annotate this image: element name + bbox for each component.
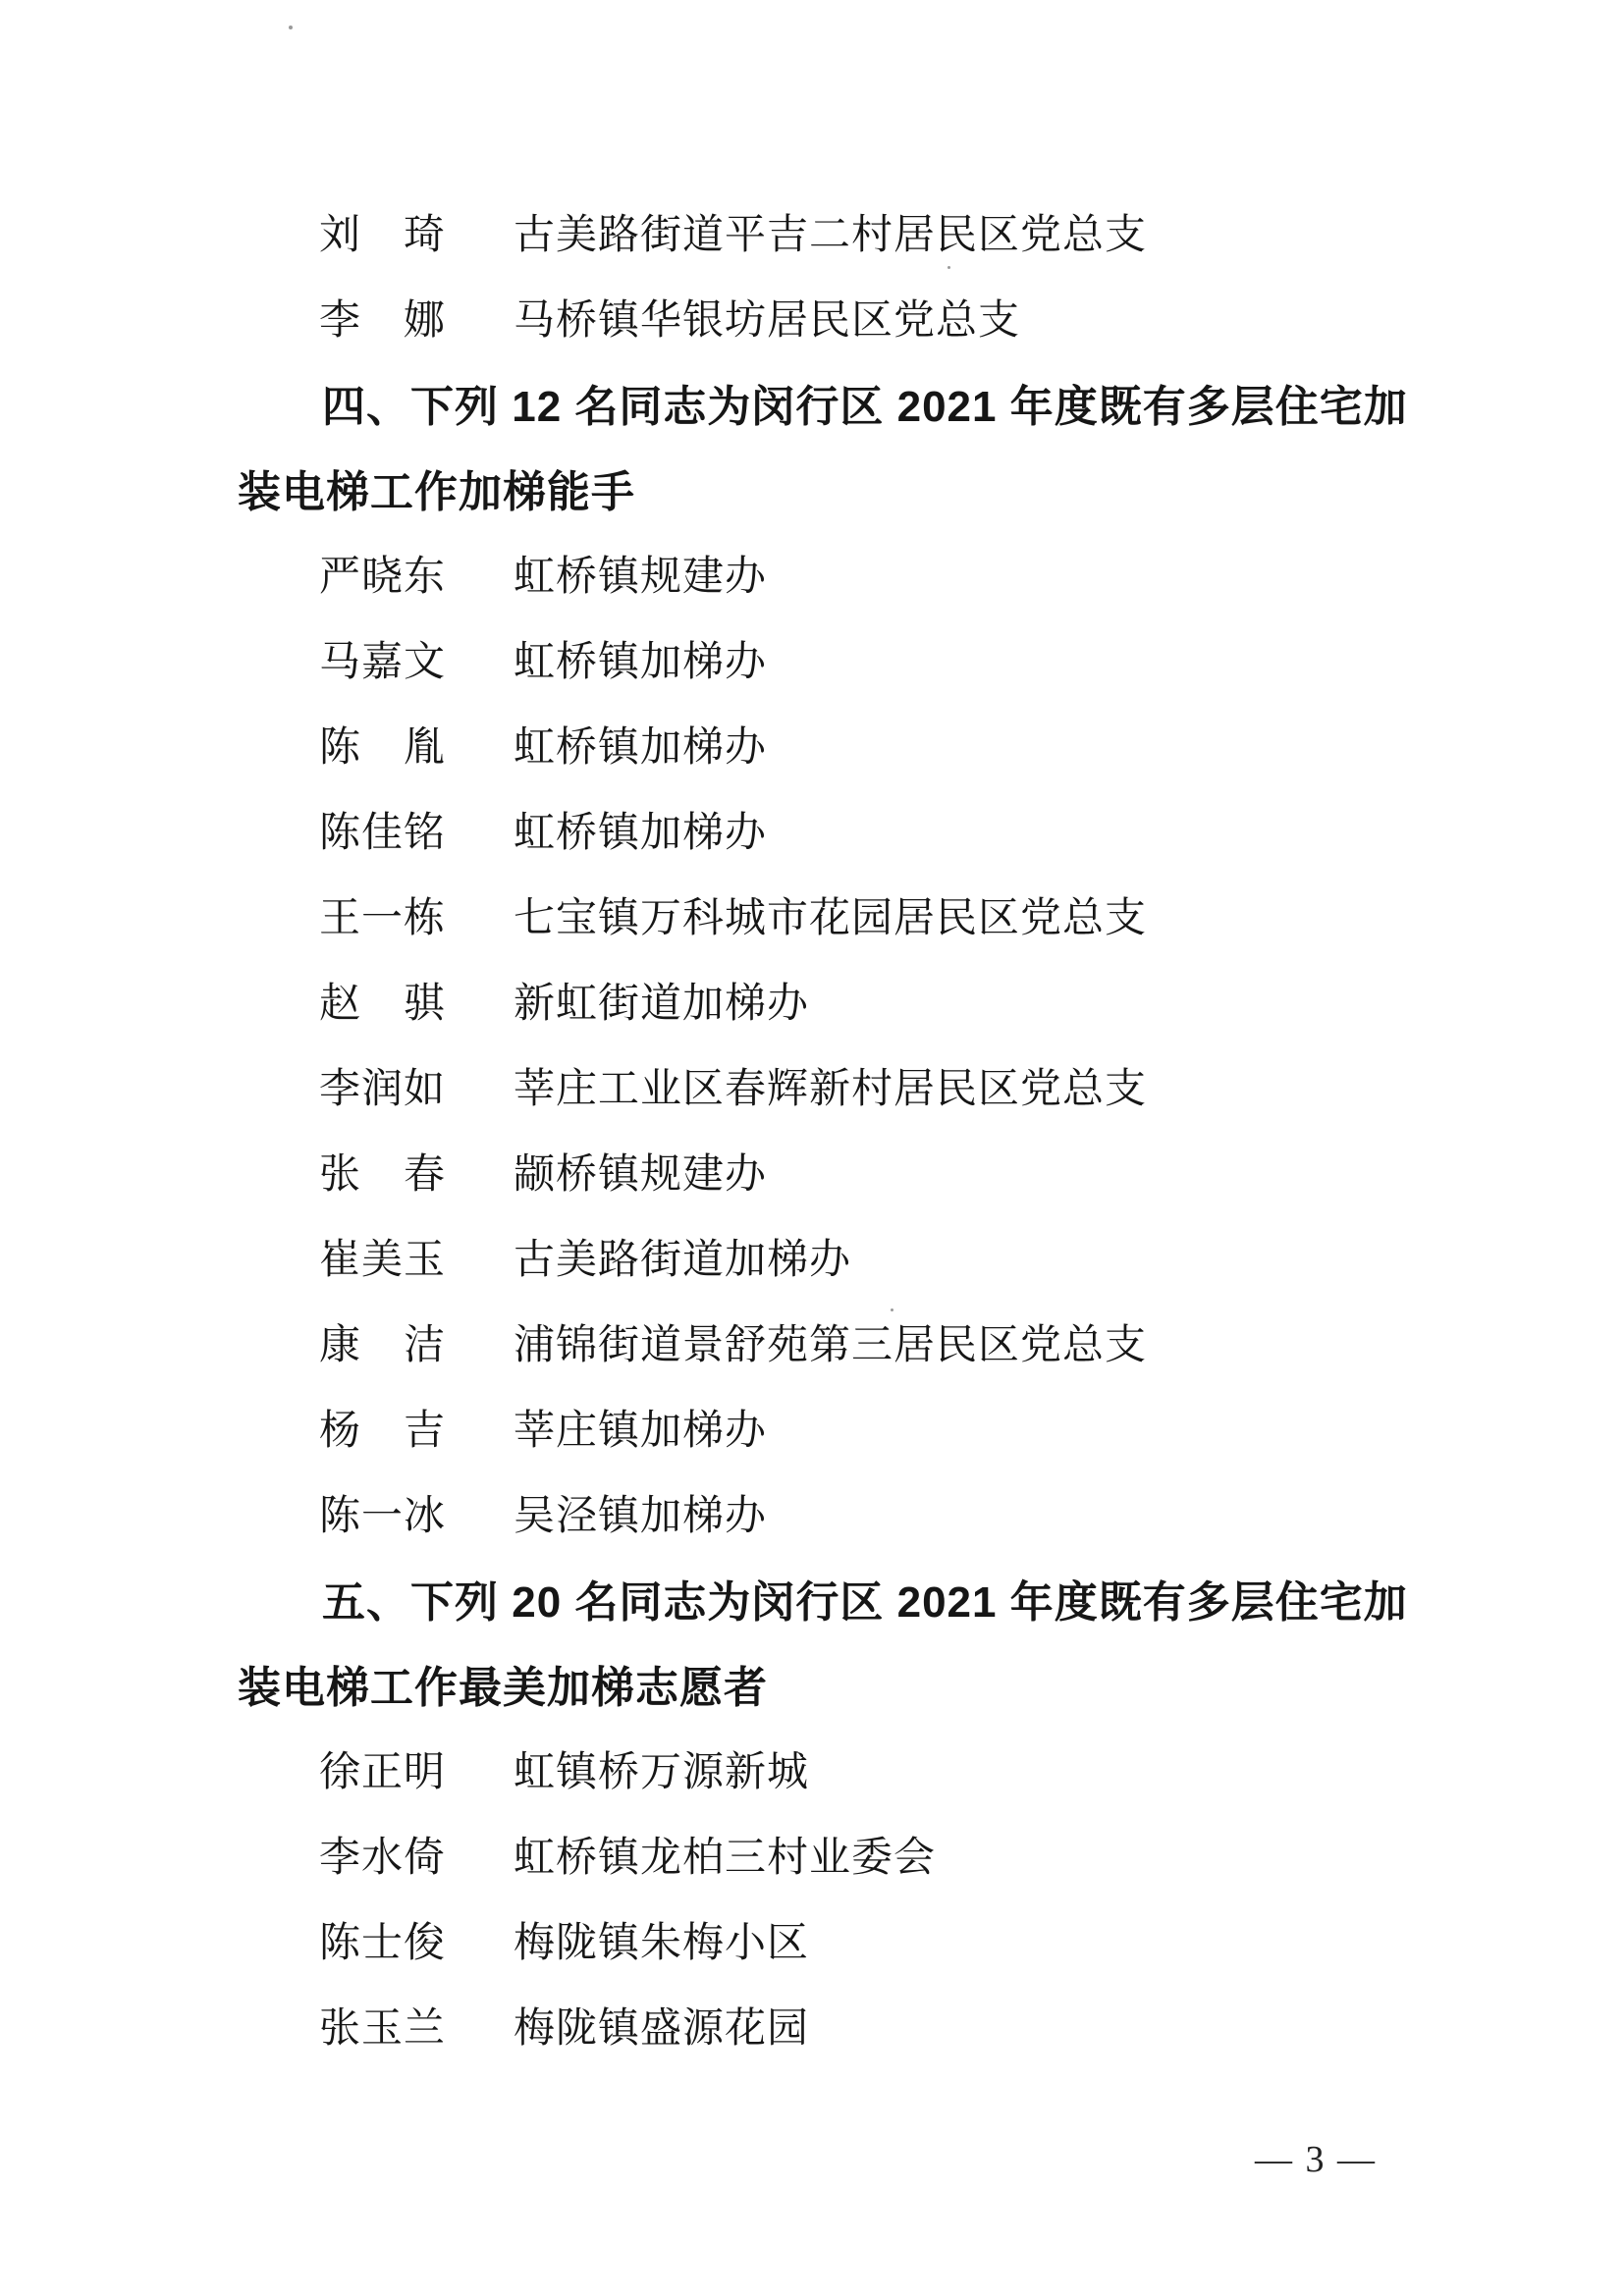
entry-row: 陈一冰 吴泾镇加梯办 xyxy=(238,1474,1386,1560)
section-5-heading-line1: 五、下列 20 名同志为闵行区 2021 年度既有多层住宅加 xyxy=(238,1560,1386,1645)
section-4-heading-line2: 装电梯工作加梯能手 xyxy=(238,450,1386,535)
entry-org: 颛桥镇规建办 xyxy=(514,1133,1386,1218)
entry-name: 陈佳铭 xyxy=(319,791,514,877)
entry-row: 徐正明 虹镇桥万源新城 xyxy=(238,1731,1386,1816)
entry-org: 虹桥镇龙柏三村业委会 xyxy=(514,1816,1386,1901)
entry-row: 陈佳铭 虹桥镇加梯办 xyxy=(238,791,1386,877)
document-page: 刘 琦 古美路街道平吉二村居民区党总支 李 娜 马桥镇华银坊居民区党总支 四、下… xyxy=(0,0,1624,2296)
entry-row: 陈 胤 虹桥镇加梯办 xyxy=(238,706,1386,791)
entry-row: 刘 琦 古美路街道平吉二村居民区党总支 xyxy=(238,193,1386,279)
entry-name: 康 洁 xyxy=(319,1304,514,1389)
entry-name: 张 春 xyxy=(319,1133,514,1218)
entry-row: 康 洁 浦锦街道景舒苑第三居民区党总支 xyxy=(238,1304,1386,1389)
entry-org: 梅陇镇盛源花园 xyxy=(514,1987,1386,2072)
entry-org: 浦锦街道景舒苑第三居民区党总支 xyxy=(514,1304,1386,1389)
entry-row: 张玉兰 梅陇镇盛源花园 xyxy=(238,1987,1386,2072)
entry-name: 刘 琦 xyxy=(319,193,514,279)
entry-name: 王一栋 xyxy=(319,877,514,962)
entry-name: 马嘉文 xyxy=(319,620,514,706)
entry-row: 李水倚 虹桥镇龙柏三村业委会 xyxy=(238,1816,1386,1901)
entry-org: 古美路街道平吉二村居民区党总支 xyxy=(514,193,1386,279)
entry-org: 虹桥镇加梯办 xyxy=(514,620,1386,706)
entry-name: 赵 骐 xyxy=(319,962,514,1047)
entry-org: 莘庄镇加梯办 xyxy=(514,1389,1386,1474)
entry-org: 七宝镇万科城市花园居民区党总支 xyxy=(514,877,1386,962)
entry-name: 陈 胤 xyxy=(319,706,514,791)
entry-org: 虹桥镇加梯办 xyxy=(514,791,1386,877)
entry-name: 李 娜 xyxy=(319,279,514,364)
section-4-heading-line1: 四、下列 12 名同志为闵行区 2021 年度既有多层住宅加 xyxy=(238,364,1386,450)
entry-name: 李水倚 xyxy=(319,1816,514,1901)
entry-row: 王一栋 七宝镇万科城市花园居民区党总支 xyxy=(238,877,1386,962)
entry-row: 陈士俊 梅陇镇朱梅小区 xyxy=(238,1901,1386,1987)
entry-row: 张 春 颛桥镇规建办 xyxy=(238,1133,1386,1218)
entry-name: 崔美玉 xyxy=(319,1218,514,1304)
entry-org: 马桥镇华银坊居民区党总支 xyxy=(514,279,1386,364)
entry-org: 虹镇桥万源新城 xyxy=(514,1731,1386,1816)
entry-org: 虹桥镇规建办 xyxy=(514,535,1386,620)
entry-name: 陈士俊 xyxy=(319,1901,514,1987)
document-body: 刘 琦 古美路街道平吉二村居民区党总支 李 娜 马桥镇华银坊居民区党总支 四、下… xyxy=(238,193,1386,2072)
entry-org: 新虹街道加梯办 xyxy=(514,962,1386,1047)
entry-name: 李润如 xyxy=(319,1047,514,1133)
entry-name: 杨 吉 xyxy=(319,1389,514,1474)
entry-org: 梅陇镇朱梅小区 xyxy=(514,1901,1386,1987)
entry-row: 严晓东 虹桥镇规建办 xyxy=(238,535,1386,620)
entry-row: 杨 吉 莘庄镇加梯办 xyxy=(238,1389,1386,1474)
entry-org: 虹桥镇加梯办 xyxy=(514,706,1386,791)
entry-row: 崔美玉 古美路街道加梯办 xyxy=(238,1218,1386,1304)
entry-row: 赵 骐 新虹街道加梯办 xyxy=(238,962,1386,1047)
entry-name: 张玉兰 xyxy=(319,1987,514,2072)
entry-name: 徐正明 xyxy=(319,1731,514,1816)
entry-org: 莘庄工业区春辉新村居民区党总支 xyxy=(514,1047,1386,1133)
scan-speck xyxy=(289,26,293,29)
entry-org: 吴泾镇加梯办 xyxy=(514,1474,1386,1560)
entry-name: 严晓东 xyxy=(319,535,514,620)
entry-row: 李 娜 马桥镇华银坊居民区党总支 xyxy=(238,279,1386,364)
entry-name: 陈一冰 xyxy=(319,1474,514,1560)
page-number: — 3 — xyxy=(1255,2138,1377,2181)
section-5-heading-line2: 装电梯工作最美加梯志愿者 xyxy=(238,1645,1386,1731)
entry-org: 古美路街道加梯办 xyxy=(514,1218,1386,1304)
entry-row: 李润如 莘庄工业区春辉新村居民区党总支 xyxy=(238,1047,1386,1133)
entry-row: 马嘉文 虹桥镇加梯办 xyxy=(238,620,1386,706)
